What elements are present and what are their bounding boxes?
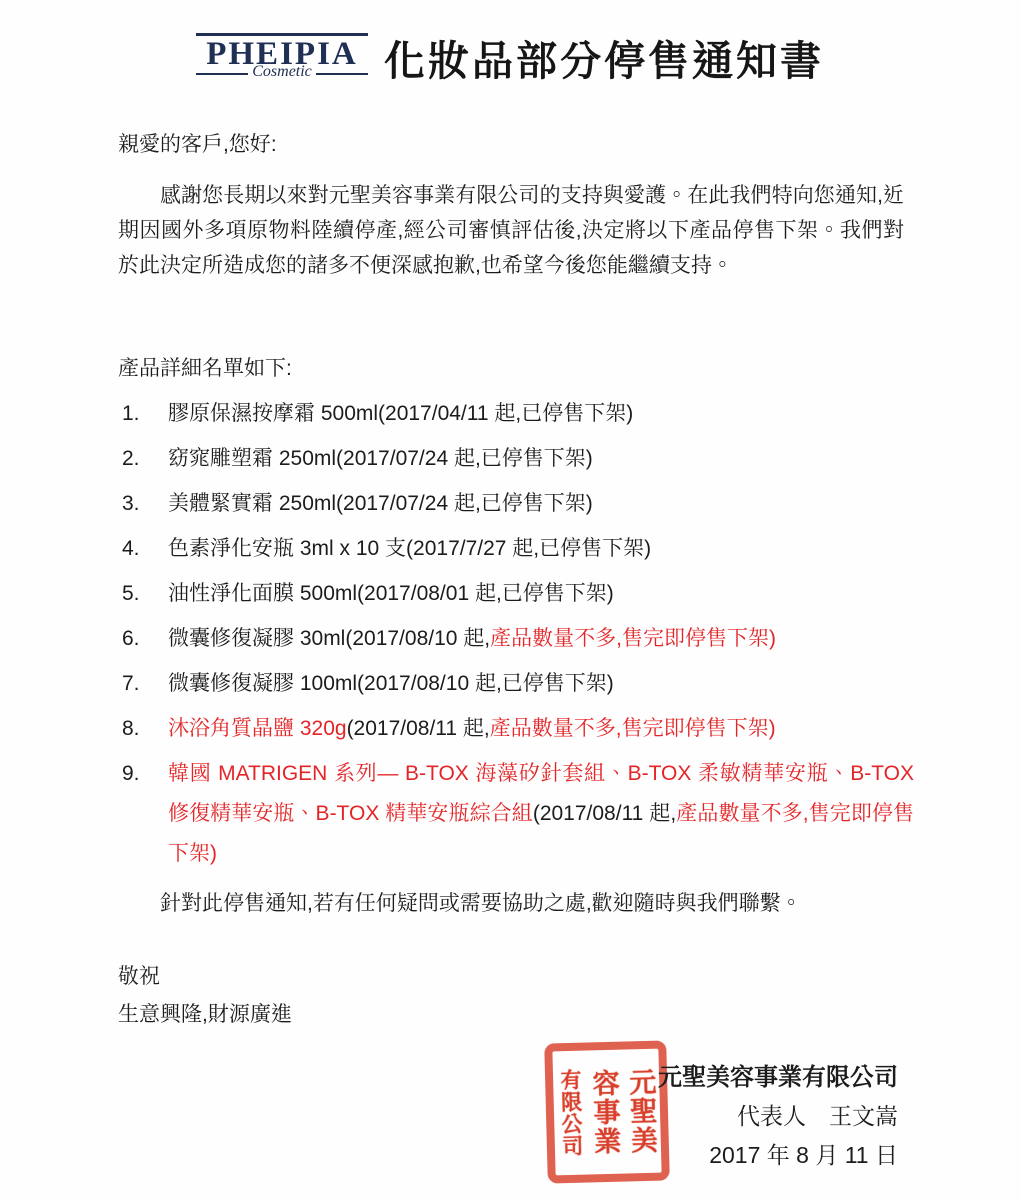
product-item-number: 5.	[122, 574, 168, 614]
product-item-segment: 微囊修復凝膠 100ml(2017/08/10 起,已停售下架)	[168, 672, 614, 695]
product-item-segment: 微囊修復凝膠 30ml(2017/08/10 起,	[168, 627, 490, 650]
product-item-segment: 膠原保濕按摩霜 500ml(2017/04/11 起,已停售下架)	[168, 402, 633, 425]
product-item-number: 6.	[122, 619, 168, 659]
intro-paragraph: 感謝您長期以來對元聖美容事業有限公司的支持與愛護。在此我們特向您通知,近期因國外…	[118, 178, 904, 283]
product-item-number: 1.	[122, 394, 168, 434]
greeting-line: 親愛的客戶,您好:	[118, 128, 277, 158]
signature-date: 2017 年 8 月 11 日	[658, 1136, 898, 1175]
product-item-text: 色素淨化安瓶 3ml x 10 支(2017/7/27 起,已停售下架)	[168, 529, 914, 569]
closing-paragraph: 針對此停售通知,若有任何疑問或需要協助之處,歡迎隨時與我們聯繫。	[118, 886, 904, 921]
product-item: 3. 美體緊實霜 250ml(2017/07/24 起,已停售下架)	[122, 484, 914, 524]
signature-representative: 代表人 王文嵩	[658, 1097, 898, 1136]
seal-column: 容事業	[589, 1068, 618, 1156]
well-wishes: 敬祝 生意興隆,財源廣進	[118, 958, 292, 1034]
logo-left-rule	[196, 73, 248, 75]
product-item: 5. 油性淨化面膜 500ml(2017/08/01 起,已停售下架)	[122, 574, 914, 614]
product-item-segment: (2017/08/11 起,	[533, 802, 676, 825]
product-item-text: 窈窕雕塑霜 250ml(2017/07/24 起,已停售下架)	[168, 439, 914, 479]
product-item: 7. 微囊修復凝膠 100ml(2017/08/10 起,已停售下架)	[122, 664, 914, 704]
product-list-intro: 產品詳細名單如下:	[118, 352, 292, 382]
product-item-segment: 窈窕雕塑霜 250ml(2017/07/24 起,已停售下架)	[168, 447, 593, 470]
well-wishes-line2: 生意興隆,財源廣進	[118, 996, 292, 1034]
product-item: 9. 韓國 MATRIGEN 系列— B-TOX 海藻矽針套組、B-TOX 柔敏…	[122, 754, 914, 874]
product-item-segment: (2017/08/11 起,	[347, 717, 490, 740]
seal-column: 有限公司	[559, 1069, 582, 1158]
seal-column: 元聖美	[626, 1067, 655, 1155]
product-item: 6. 微囊修復凝膠 30ml(2017/08/10 起,產品數量不多,售完即停售…	[122, 619, 914, 659]
product-item-text: 沐浴角質晶鹽 320g(2017/08/11 起,產品數量不多,售完即停售下架)	[168, 709, 914, 749]
product-item-segment: 沐浴角質晶鹽 320g	[168, 717, 347, 740]
pheipia-logo: PHEIPIA Cosmetic	[196, 33, 368, 82]
product-item-text: 油性淨化面膜 500ml(2017/08/01 起,已停售下架)	[168, 574, 914, 614]
product-item-number: 3.	[122, 484, 168, 524]
product-list: 1. 膠原保濕按摩霜 500ml(2017/04/11 起,已停售下架) 2. …	[122, 394, 914, 879]
signature-company-name: 元聖美容事業有限公司	[658, 1058, 898, 1097]
product-item-segment: 美體緊實霜 250ml(2017/07/24 起,已停售下架)	[168, 492, 593, 515]
product-item-text: 微囊修復凝膠 100ml(2017/08/10 起,已停售下架)	[168, 664, 914, 704]
product-item-text: 微囊修復凝膠 30ml(2017/08/10 起,產品數量不多,售完即停售下架)	[168, 619, 914, 659]
product-item: 2. 窈窕雕塑霜 250ml(2017/07/24 起,已停售下架)	[122, 439, 914, 479]
product-item-number: 8.	[122, 709, 168, 749]
notice-document: PHEIPIA Cosmetic 化妝品部分停售通知書 親愛的客戶,您好: 感謝…	[0, 0, 1020, 1200]
product-item-segment: 油性淨化面膜 500ml(2017/08/01 起,已停售下架)	[168, 582, 614, 605]
product-item-number: 2.	[122, 439, 168, 479]
product-item: 1. 膠原保濕按摩霜 500ml(2017/04/11 起,已停售下架)	[122, 394, 914, 434]
product-item-number: 9.	[122, 754, 168, 874]
product-item-segment: 產品數量不多,售完即停售下架)	[490, 627, 776, 650]
product-item-number: 7.	[122, 664, 168, 704]
product-item-segment: 色素淨化安瓶 3ml x 10 支(2017/7/27 起,已停售下架)	[168, 537, 651, 560]
logo-right-rule	[316, 73, 368, 75]
signature-block: 元聖美容事業有限公司 代表人 王文嵩 2017 年 8 月 11 日	[658, 1058, 898, 1175]
company-seal-stamp: 元聖美容事業有限公司	[544, 1040, 670, 1183]
product-item: 8. 沐浴角質晶鹽 320g(2017/08/11 起,產品數量不多,售完即停售…	[122, 709, 914, 749]
product-item-segment: 產品數量不多,售完即停售下架)	[490, 717, 776, 740]
product-item: 4. 色素淨化安瓶 3ml x 10 支(2017/7/27 起,已停售下架)	[122, 529, 914, 569]
product-item-text: 膠原保濕按摩霜 500ml(2017/04/11 起,已停售下架)	[168, 394, 914, 434]
document-header: PHEIPIA Cosmetic 化妝品部分停售通知書	[0, 28, 1020, 87]
product-item-text: 美體緊實霜 250ml(2017/07/24 起,已停售下架)	[168, 484, 914, 524]
logo-subtitle: Cosmetic	[248, 64, 316, 80]
product-item-number: 4.	[122, 529, 168, 569]
product-item-text: 韓國 MATRIGEN 系列— B-TOX 海藻矽針套組、B-TOX 柔敏精華安…	[168, 754, 914, 874]
document-title: 化妝品部分停售通知書	[384, 28, 824, 87]
well-wishes-line1: 敬祝	[118, 958, 292, 996]
